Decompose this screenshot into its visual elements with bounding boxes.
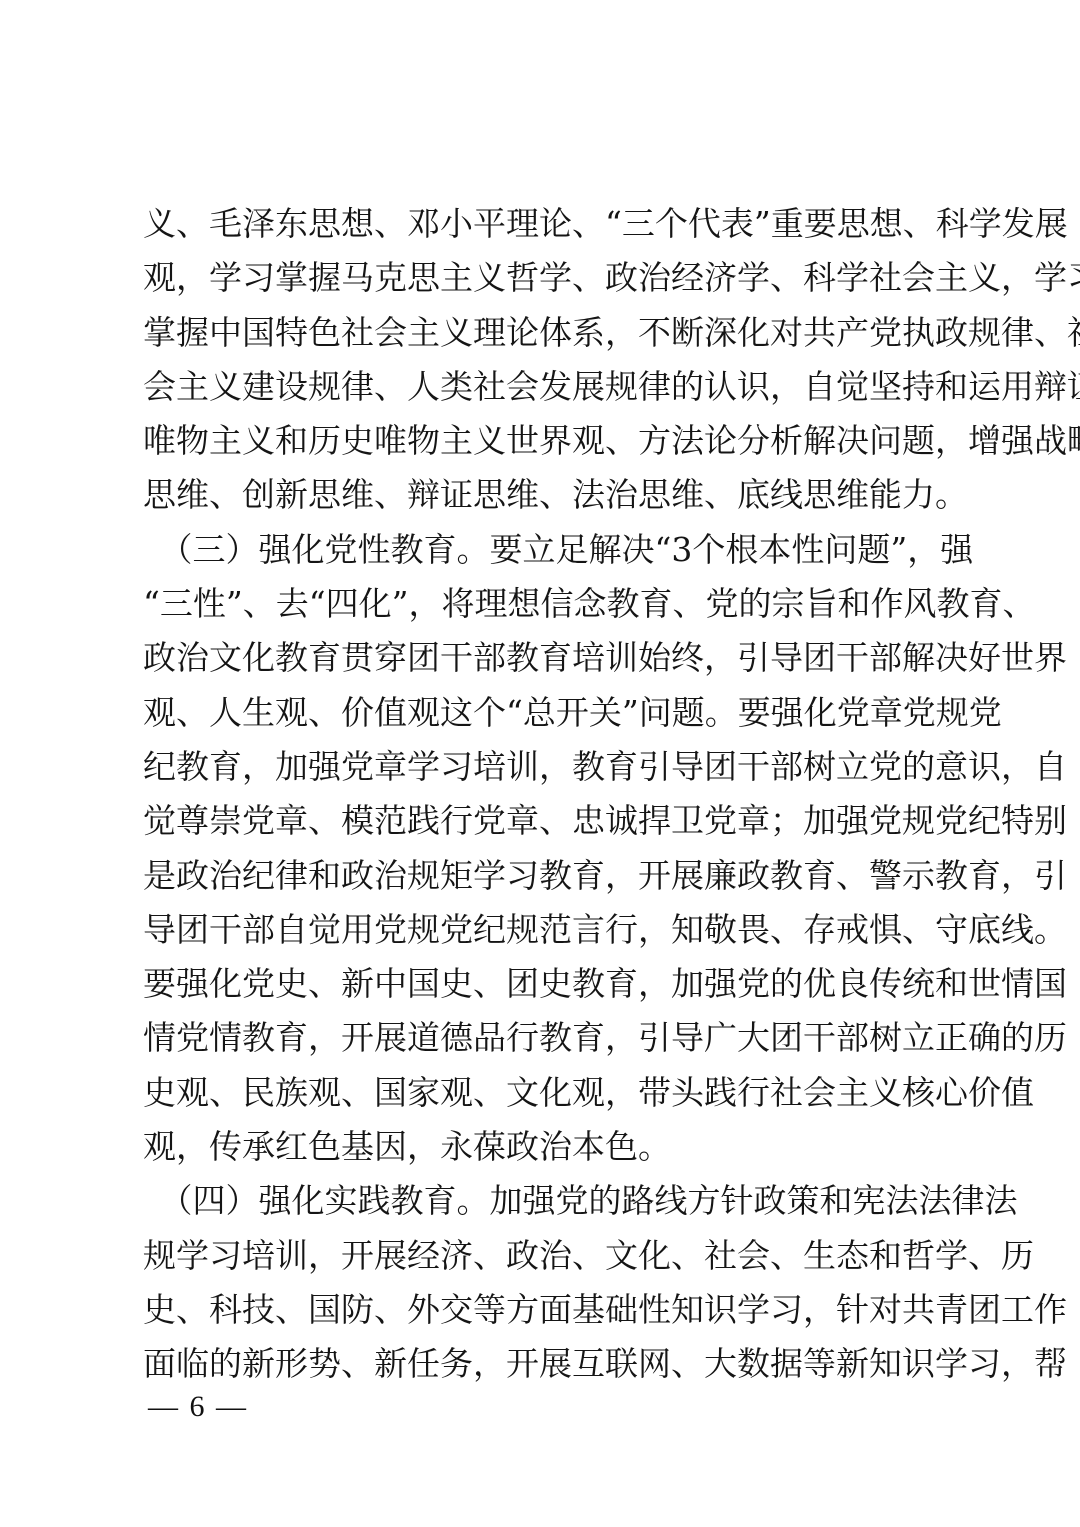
text-line: 政治文化教育贯穿团干部教育培训始终，引导团干部解决好世界 [143, 631, 943, 685]
paragraph-section-3: （三）强化党性教育。要立足解决“3个根本性问题”，强 “三性”、去“四化”，将理… [143, 523, 943, 1175]
paragraph-section-4: （四）强化实践教育。加强党的路线方针政策和宪法法律法 规学习培训，开展经济、政治… [143, 1174, 943, 1391]
text-line: 观，学习掌握马克思主义哲学、政治经济学、科学社会主义，学习 [143, 251, 943, 305]
body-text: 义、毛泽东思想、邓小平理论、“三个代表”重要思想、科学发展 观，学习掌握马克思主… [143, 197, 943, 1392]
text-line: 纪教育，加强党章学习培训，教育引导团干部树立党的意识，自 [143, 740, 943, 794]
text-line: 思维、创新思维、辩证思维、法治思维、底线思维能力。 [143, 468, 943, 522]
text-line: “三性”、去“四化”，将理想信念教育、党的宗旨和作风教育、 [143, 577, 943, 631]
text-line: 要强化党史、新中国史、团史教育，加强党的优良传统和世情国 [143, 957, 943, 1011]
text-line: 史观、民族观、国家观、文化观，带头践行社会主义核心价值 [143, 1066, 943, 1120]
text-line: 觉尊崇党章、模范践行党章、忠诚捍卫党章；加强党规党纪特别 [143, 794, 943, 848]
document-page: 义、毛泽东思想、邓小平理论、“三个代表”重要思想、科学发展 观，学习掌握马克思主… [0, 0, 1080, 1527]
text-line: 唯物主义和历史唯物主义世界观、方法论分析解决问题，增强战略 [143, 414, 943, 468]
paragraph-continuation: 义、毛泽东思想、邓小平理论、“三个代表”重要思想、科学发展 观，学习掌握马克思主… [143, 197, 943, 523]
section-heading-line: （四）强化实践教育。加强党的路线方针政策和宪法法律法 [143, 1174, 943, 1228]
text-line: 观、人生观、价值观这个“总开关”问题。要强化党章党规党 [143, 686, 943, 740]
text-line: 规学习培训，开展经济、政治、文化、社会、生态和哲学、历 [143, 1229, 943, 1283]
text-line: 导团干部自觉用党规党纪规范言行，知敬畏、存戒惧、守底线。 [143, 903, 943, 957]
text-line: 是政治纪律和政治规矩学习教育，开展廉政教育、警示教育，引 [143, 849, 943, 903]
section-heading-line: （三）强化党性教育。要立足解决“3个根本性问题”，强 [143, 523, 943, 577]
text-line: 会主义建设规律、人类社会发展规律的认识，自觉坚持和运用辩证 [143, 360, 943, 414]
text-line: 史、科技、国防、外交等方面基础性知识学习，针对共青团工作 [143, 1283, 943, 1337]
text-line: 情党情教育，开展道德品行教育，引导广大团干部树立正确的历 [143, 1011, 943, 1065]
page-number: — 6 — [148, 1390, 248, 1424]
text-line: 义、毛泽东思想、邓小平理论、“三个代表”重要思想、科学发展 [143, 197, 943, 251]
text-line: 观，传承红色基因，永葆政治本色。 [143, 1120, 943, 1174]
text-line: 掌握中国特色社会主义理论体系，不断深化对共产党执政规律、社 [143, 306, 943, 360]
text-line: 面临的新形势、新任务，开展互联网、大数据等新知识学习，帮 [143, 1337, 943, 1391]
